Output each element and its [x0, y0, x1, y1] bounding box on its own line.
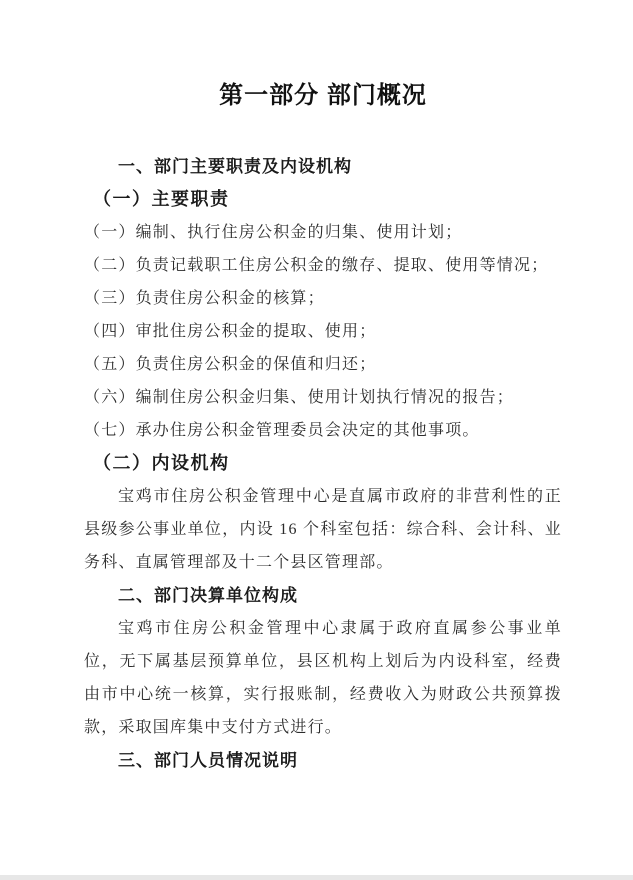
- duty-item: （七）承办住房公积金管理委员会决定的其他事项。: [84, 414, 562, 447]
- document-content: 第一部分 部门概况 一、部门主要职责及内设机构 （一）主要职责 （一）编制、执行…: [0, 79, 633, 777]
- duty-item: （五）负责住房公积金的保值和归还；: [84, 348, 562, 381]
- section-heading-final-accounts-units: 二、部门决算单位构成: [84, 579, 562, 612]
- duty-item: （二）负责记载职工住房公积金的缴存、提取、使用等情况；: [84, 249, 562, 282]
- duty-item: （一）编制、执行住房公积金的归集、使用计划；: [84, 216, 562, 249]
- duty-item: （六）编制住房公积金归集、使用计划执行情况的报告；: [84, 381, 562, 414]
- document-page: 第一部分 部门概况 一、部门主要职责及内设机构 （一）主要职责 （一）编制、执行…: [0, 0, 633, 880]
- subsection-heading-main-duties: （一）主要职责: [84, 183, 562, 216]
- duty-item: （四）审批住房公积金的提取、使用；: [84, 315, 562, 348]
- page-bottom-edge: [0, 875, 633, 880]
- subsection-heading-internal-organs: （二）内设机构: [84, 447, 562, 480]
- duty-item: （三）负责住房公积金的核算；: [84, 282, 562, 315]
- section-heading-duties-and-internal-organs: 一、部门主要职责及内设机构: [84, 150, 562, 183]
- paragraph-final-accounts-units: 宝鸡市住房公积金管理中心隶属于政府直属参公事业单位，无下属基层预算单位，县区机构…: [84, 612, 562, 744]
- section-heading-personnel-situation: 三、部门人员情况说明: [84, 744, 562, 777]
- paragraph-internal-organs: 宝鸡市住房公积金管理中心是直属市政府的非营利性的正县级参公事业单位，内设 16 …: [84, 480, 562, 579]
- document-title: 第一部分 部门概况: [84, 79, 562, 112]
